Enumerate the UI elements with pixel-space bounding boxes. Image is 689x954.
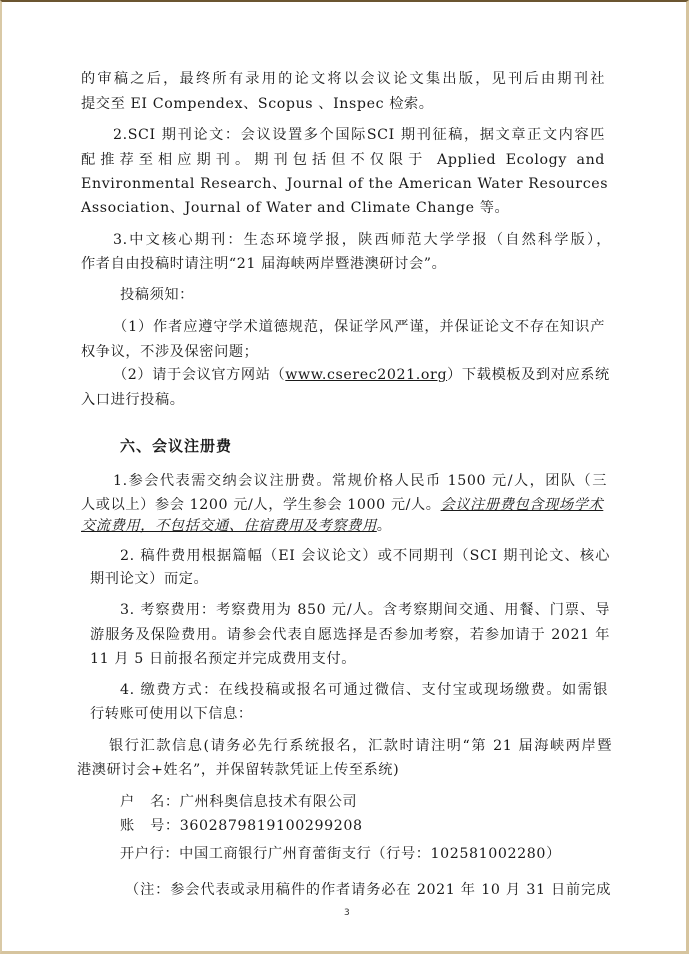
registration-item-1-line-1: 1.参会代表需交纳会议注册费。常规价格人民币 1500 元/人，团队（三 [113,472,607,490]
registration-item-1-line-3: 交流费用，不包括交通、住宿费用及考察费用。 [81,517,392,535]
conference-website-link[interactable]: www.cserec2021.org [285,367,447,383]
core-journal-line-1: 3.中文核心期刊：生态环境学报，陕西师范大学学报（自然科学版）， [113,231,611,249]
footnote-line-1: （注：参会代表或录用稿件的作者请务必在 2021 年 10 月 31 日前完成 [125,881,611,899]
sci-journal-line-4: Association、Journal of Water and Climate… [81,199,509,217]
registration-item-1-plain: 人或以上）参会 1200 元/人，学生参会 1000 元/人。 [81,497,441,513]
bank-name-row: 开户行：中国工商银行广州育蕾街支行（行号：102581002280） [120,845,561,863]
submission-note-1-line-1: （1）作者应遵守学术道德规范，保证学风严谨，并保证论文不存在知识产 [113,318,605,336]
registration-item-3-line-1: 3. 考察费用：考察费用为 850 元/人。含考察期间交通、用餐、门票、导 [120,601,610,619]
bank-name-value: 中国工商银行广州育蕾街支行（行号：102581002280） [179,846,561,862]
submission-notes-title: 投稿须知： [120,286,194,304]
ei-continuation-line-2: 提交至 EI Compendex、Scopus 、Inspec 检索。 [81,95,434,113]
bank-info-intro-line-2: 港澳研讨会+姓名”，并保留转款凭证上传至系统) [77,761,399,779]
submission-note-2-prefix: （2）请于会议官方网站（ [113,367,285,383]
bank-account-name-row: 户 名：广州科奥信息技术有限公司 [120,793,357,811]
registration-item-2-line-2: 期刊论文）而定。 [90,570,208,588]
registration-item-3-line-3: 11 月 5 日前报名预定并完成费用支付。 [90,650,356,668]
core-journal-line-2: 作者自由投稿时请注明“21 届海峡两岸暨港澳研讨会”。 [81,255,446,273]
account-name-label: 户 名： [120,794,180,810]
sci-journal-line-2: 配推荐至相应期刊。期刊包括但不仅限于 Applied Ecology and [81,151,605,169]
account-name-value: 广州科奥信息技术有限公司 [180,794,357,810]
registration-item-4-line-2: 行转账可使用以下信息： [90,705,253,723]
bank-account-number-row: 账 号：3602879819100299208 [120,817,363,835]
submission-note-1-line-2: 权争议，不涉及保密问题； [81,343,258,361]
bank-name-label: 开户行： [120,846,179,862]
registration-item-4-line-1: 4. 缴费方式：在线投稿或报名可通过微信、支付宝或现场缴费。如需银 [120,681,608,699]
submission-note-2-suffix: ）下载模板及到对应系统 [447,367,610,383]
registration-item-2-line-1: 2. 稿件费用根据篇幅（EI 会议论文）或不同期刊（SCI 期刊论文、核心 [120,547,610,565]
sci-journal-line-1: 2.SCI 期刊论文：会议设置多个国际SCI 期刊征稿，据文章正文内容匹 [113,126,605,144]
page-number: 3 [344,908,350,918]
submission-note-2-line-1: （2）请于会议官方网站（www.cserec2021.org）下载模板及到对应系… [113,366,610,384]
sci-journal-line-3: Environmental Research、Journal of the Am… [81,175,605,193]
registration-item-1-end: 。 [377,518,392,534]
submission-note-2-line-2: 入口进行投稿。 [81,391,185,409]
registration-item-3-line-2: 游服务及保险费用。请参会代表自愿选择是否参加考察，若参加请于 2021 年 [90,626,610,644]
account-number-value: 3602879819100299208 [180,818,363,834]
registration-item-1-emphasis: 会议注册费包含现场学术 [441,497,604,513]
account-number-label: 账 号： [120,818,180,834]
ei-continuation-line-1: 的审稿之后，最终所有录用的论文将以会议论文集出版，见刊后由期刊社 [81,70,605,88]
registration-item-1-emphasis-cont: 交流费用，不包括交通、住宿费用及考察费用 [81,518,377,534]
bank-info-intro-line-1: 银行汇款信息(请务必先行系统报名，汇款时请注明“第 21 届海峡两岸暨 [109,737,612,755]
registration-fee-heading: 六、会议注册费 [120,437,232,455]
registration-item-1-line-2: 人或以上）参会 1200 元/人，学生参会 1000 元/人。会议注册费包含现场… [81,496,603,514]
document-page: 的审稿之后，最终所有录用的论文将以会议论文集出版，见刊后由期刊社 提交至 EI … [0,0,689,954]
